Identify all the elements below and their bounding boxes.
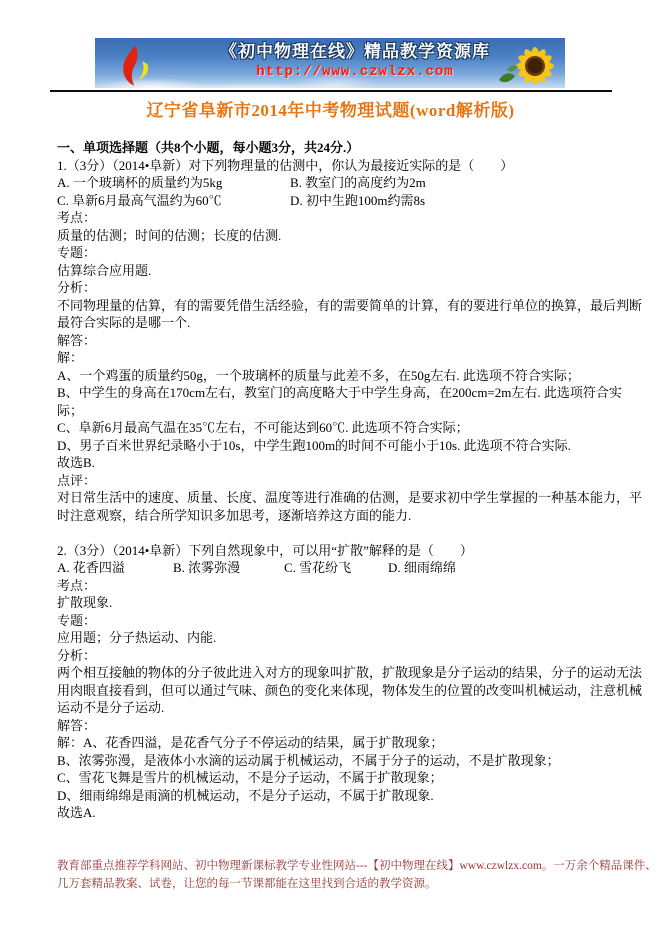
text-line: 质量的估测；时间的估测；长度的估测.	[57, 227, 609, 245]
option-item: A. 一个玻璃杯的质量约为5kg	[57, 174, 290, 192]
footer-line-2: 几万套精品教案、试卷，让您的每一节课都能在这里找到合适的教学资源。	[57, 876, 613, 894]
text-line: 时注意观察，结合所学知识多加思考，逐渐培养这方面的能力.	[57, 507, 609, 525]
header-divider	[50, 90, 612, 92]
text-line: 解：	[57, 349, 609, 367]
options-row: A. 一个玻璃杯的质量约为5kgB. 教室门的高度约为2m	[57, 174, 609, 192]
site-banner: 《初中物理在线》精品教学资源库 http://www.czwlzx.com	[95, 38, 565, 88]
text-line	[57, 524, 609, 542]
text-line: 考点：	[57, 209, 609, 227]
footer-line-1: 教育部重点推荐学科网站、初中物理新课标教学专业性网站---【初中物理在线】www…	[57, 858, 613, 876]
text-line: 对日常生活中的速度、质量、长度、温度等进行准确的估测，是要求初中学生掌握的一种基…	[57, 489, 609, 507]
text-line: 分析：	[57, 279, 609, 297]
text-line: 2.（3分）（2014•阜新）下列自然现象中，可以用“扩散”解释的是（ ）	[57, 542, 609, 560]
options-row: C. 阜新6月最高气温约为60℃D. 初中生跑100m约需8s	[57, 192, 609, 210]
option-item: D. 初中生跑100m约需8s	[290, 192, 425, 210]
text-line: 用肉眼直接看到，但可以通过气味、颜色的变化来体现，物体发生的位置的改变叫机械运动…	[57, 682, 609, 700]
options-row: A. 花香四溢B. 浓雾弥漫C. 雪花纷飞D. 细雨绵绵	[57, 559, 609, 577]
text-line: 故选B.	[57, 454, 609, 472]
document-footer: 教育部重点推荐学科网站、初中物理新课标教学专业性网站---【初中物理在线】www…	[57, 858, 613, 893]
option-item: D. 细雨绵绵	[388, 559, 456, 577]
text-line: 运动不是分子运动.	[57, 699, 609, 717]
banner-site-url[interactable]: http://www.czwlzx.com	[205, 63, 505, 81]
text-line: 两个相互接触的物体的分子彼此进入对方的现象叫扩散，扩散现象是分子运动的结果，分子…	[57, 664, 609, 682]
banner-site-title: 《初中物理在线》精品教学资源库	[205, 41, 505, 63]
text-line: 解答：	[57, 717, 609, 735]
document-page: 《初中物理在线》精品教学资源库 http://www.czwlzx.com	[0, 0, 661, 936]
flame-logo-icon	[109, 44, 161, 88]
text-line: 解答：	[57, 332, 609, 350]
option-item: A. 花香四溢	[57, 559, 173, 577]
text-line: A、一个鸡蛋的质量约50g，一个玻璃杯的质量与此差不多，在50g左右. 此选项不…	[57, 367, 609, 385]
text-line: 专题：	[57, 612, 609, 630]
page-title: 辽宁省阜新市2014年中考物理试题(word解析版)	[0, 96, 661, 121]
text-line: 专题：	[57, 244, 609, 262]
option-item: B. 浓雾弥漫	[173, 559, 284, 577]
option-item: C. 雪花纷飞	[284, 559, 388, 577]
text-line: 点评：	[57, 472, 609, 490]
text-line: B、浓雾弥漫，是液体小水滴的运动属于机械运动，不属于分子的运动，不是扩散现象；	[57, 752, 609, 770]
text-line: 分析：	[57, 647, 609, 665]
text-line: 故选A.	[57, 804, 609, 822]
text-line: 一、单项选择题（共8个小题，每小题3分，共24分.）	[57, 139, 609, 157]
document-body: 一、单项选择题（共8个小题，每小题3分，共24分.）1.（3分）（2014•阜新…	[57, 139, 609, 822]
text-line: 解：A、花香四溢，是花香气分子不停运动的结果，属于扩散现象；	[57, 734, 609, 752]
text-line: 考点：	[57, 577, 609, 595]
text-line: C、阜新6月最高气温在35℃左右，不可能达到60℃. 此选项不符合实际；	[57, 419, 609, 437]
text-line: 扩散现象.	[57, 594, 609, 612]
text-line: 际；	[57, 402, 609, 420]
text-line: D、男子百米世界纪录略小于10s，中学生跑100m的时间不可能小于10s. 此选…	[57, 437, 609, 455]
text-line: 不同物理量的估算，有的需要凭借生活经验，有的需要简单的计算，有的要进行单位的换算…	[57, 297, 609, 315]
text-line: 1.（3分）（2014•阜新）对下列物理量的估测中，你认为最接近实际的是（ ）	[57, 157, 609, 175]
text-line: B、中学生的身高在170cm左右，教室门的高度略大于中学生身高，在200cm=2…	[57, 384, 609, 402]
text-line: 最符合实际的是哪一个.	[57, 314, 609, 332]
text-line: 应用题；分子热运动、内能.	[57, 629, 609, 647]
text-line: D、细雨绵绵是雨滴的机械运动，不是分子运动，不属于扩散现象.	[57, 787, 609, 805]
text-line: 估算综合应用题.	[57, 262, 609, 280]
text-line: C、雪花飞舞是雪片的机械运动，不是分子运动，不属于扩散现象；	[57, 769, 609, 787]
option-item: C. 阜新6月最高气温约为60℃	[57, 192, 290, 210]
option-item: B. 教室门的高度约为2m	[290, 174, 426, 192]
sunflower-icon	[477, 40, 563, 88]
